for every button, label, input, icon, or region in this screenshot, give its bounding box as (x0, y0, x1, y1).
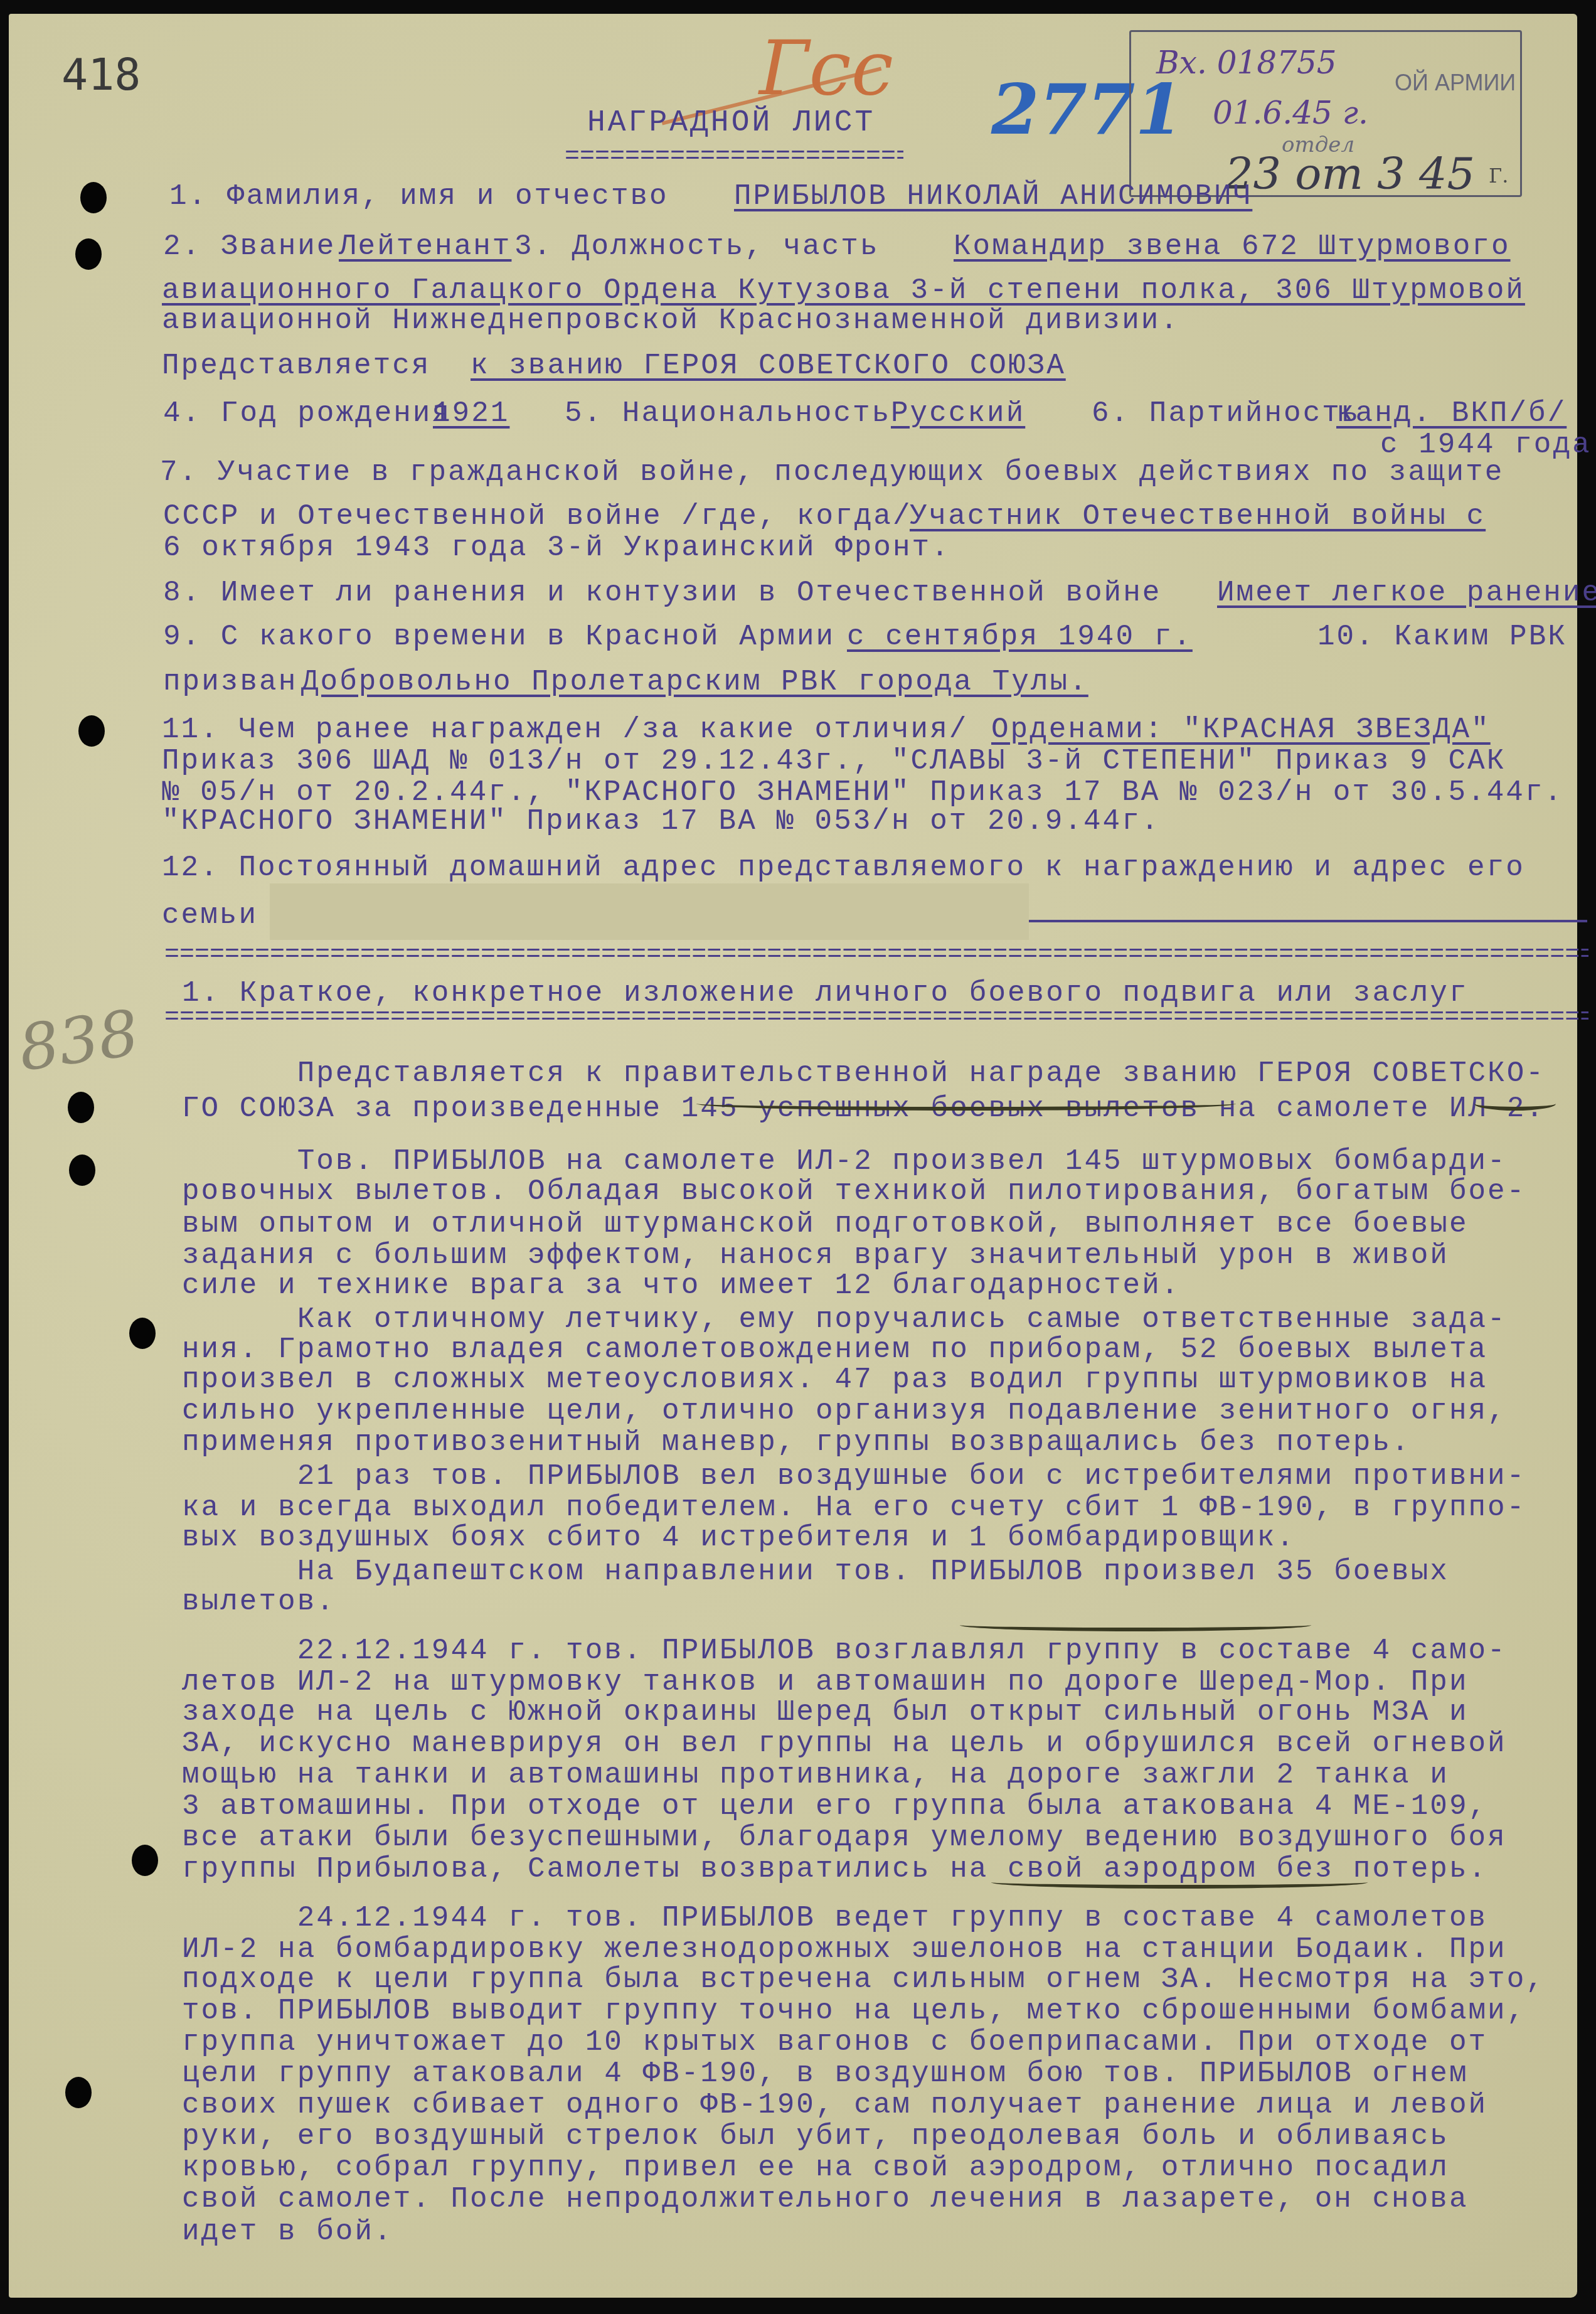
narrative-line: цели группу атаковали 4 ФВ-190, в воздуш… (182, 2059, 1469, 2088)
field-8-value: Имеет легкое ранение (1217, 578, 1596, 607)
field-3-value-line1: Командир звена 672 Штурмового (954, 232, 1511, 261)
narrative-line: вых воздушных боях сбито 4 истребителя и… (182, 1523, 1295, 1552)
field-7-value-line1: Участник Отечественной войны с (910, 502, 1486, 531)
narrative-line: ЗА, искусно маневрируя он вел группы на … (182, 1729, 1507, 1758)
field-8-label: 8. Имеет ли ранения и контузии в Отечест… (163, 578, 1161, 607)
title-underline-equals: ========================== (565, 143, 903, 171)
narrative-line: летов ИЛ-2 на штурмовку танков и автомаш… (182, 1668, 1469, 1697)
punch-hole (78, 715, 105, 747)
stamp-incoming-number: Вх. 018755 (1156, 45, 1337, 81)
field-12-value-line (1029, 920, 1587, 922)
field-4-value: 1921 (433, 399, 509, 428)
field-10-label-cont: призван (163, 668, 297, 696)
narrative-line: сильно укрепленные цели, отлично организ… (182, 1397, 1507, 1426)
section-separator-top: ========================================… (164, 941, 1588, 969)
field-12-label-cont: семьи (162, 901, 258, 930)
field-12-label: 12. Постоянный домашний адрес представля… (162, 853, 1525, 882)
field-9-label: 9. С какого времени в Красной Армии (163, 622, 835, 651)
field-1-label: 1. Фамилия, имя и отчество (169, 182, 669, 211)
field-6-value-cont: с 1944 года. (1380, 430, 1596, 459)
field-3-value-line2: авиационного Галацкого Ордена Кутузова 3… (162, 276, 1525, 305)
punch-hole (132, 1845, 158, 1876)
narrative-line: силе и технике врага за что имеет 12 бла… (182, 1271, 1180, 1300)
field-3-value-line3: авиационной Нижнеднепровской Краснознаме… (162, 306, 1179, 335)
narrative-line: своих пушек сбивает одного ФВ-190, сам п… (182, 2091, 1487, 2119)
narrative-line: ния. Грамотно владея самолетовождением п… (182, 1335, 1487, 1364)
field-11-value-line1: Орденами: "КРАСНАЯ ЗВЕЗДА" (991, 715, 1491, 744)
stamp-corner: Г. (1489, 164, 1508, 188)
pencil-underline (960, 1619, 1311, 1631)
narrative-line: идет в бой. (182, 2217, 393, 2246)
field-5-label: 5. Национальность (565, 399, 891, 428)
field-9-value: с сентября 1940 г. (847, 622, 1193, 651)
pencil-underline (1474, 1097, 1556, 1111)
field-2-value: Лейтенант (339, 232, 511, 261)
field-10-label: 10. Каким РВК (1317, 622, 1567, 651)
punch-hole (129, 1318, 156, 1349)
field-11-value-line4: "КРАСНОГО ЗНАМЕНИ" Приказ 17 ВА № 053/н … (162, 807, 1160, 836)
narrative-line: 24.12.1944 г. тов. ПРИБЫЛОВ ведет группу… (182, 1904, 1487, 1933)
narrative-line: произвел в сложных метеоусловиях. 47 раз… (182, 1365, 1487, 1394)
punch-hole (75, 238, 102, 270)
punch-hole (69, 1154, 95, 1186)
pencil-underline (991, 1876, 1368, 1889)
field-6-label: 6. Партийность (1092, 399, 1360, 428)
narrative-line: Как отличному летчику, ему поручались са… (182, 1305, 1507, 1334)
field-6-value: канд. ВКП/б/ (1336, 399, 1567, 428)
pencil-underline (696, 1097, 1236, 1111)
narrative-line: Представляется к правительственной награ… (182, 1059, 1545, 1088)
archive-page-number: 418 (61, 49, 141, 100)
narrative-line: группа уничтожает до 10 крытых вагонов с… (182, 2028, 1487, 2057)
field-11-value-line3: № 05/н от 20.2.44г., "КРАСНОГО ЗНАМЕНИ" … (162, 778, 1563, 807)
field-1-value: ПРИБЫЛОВ НИКОЛАЙ АНИСИМОВИЧ (734, 182, 1252, 211)
narrative-line: применяя противозенитный маневр, группы … (182, 1428, 1411, 1457)
stamp-number: 23 от 3 45 (1225, 148, 1475, 200)
field-4-label: 4. Год рождения (163, 399, 451, 428)
narrative-line: 21 раз тов. ПРИБЫЛОВ вел воздушные бои с… (182, 1462, 1526, 1491)
narrative-line: мощью на танки и автомашины противника, … (182, 1761, 1449, 1789)
narrative-line: заходе на цель с Южной окраины Шеред был… (182, 1698, 1469, 1727)
narrative-line: Тов. ПРИБЫЛОВ на самолете ИЛ-2 произвел … (182, 1147, 1507, 1176)
field-11-value-line2: Приказ 306 ШАД № 013/н от 29.12.43г., "С… (162, 747, 1506, 776)
narrative-line: подходе к цели группа была встречена сил… (182, 1965, 1545, 1994)
field-7-value-line2: 6 октября 1943 года 3-й Украинский Фронт… (163, 533, 950, 562)
field-11-label: 11. Чем ранее награжден /за какие отличи… (162, 715, 968, 744)
punch-hole (80, 182, 107, 213)
narrative-line: вылетов. (182, 1587, 336, 1616)
narrative-line: На Будапештском направлении тов. ПРИБЫЛО… (182, 1557, 1449, 1586)
document-title: НАГРАДНОЙ ЛИСТ (587, 108, 875, 138)
narrative-line: ИЛ-2 на бомбардировку железнодорожных эш… (182, 1935, 1507, 1964)
registration-stamp: Вх. 018755 ОЙ АРМИИ 01.6.45 г. отдел 23 … (1129, 30, 1522, 197)
narrative-line: 3 автомашины. При отходе от цели его гру… (182, 1792, 1487, 1821)
narrative-line: кровью, собрал группу, привел ее на свой… (182, 2153, 1449, 2182)
field-2-label: 2. Звание (163, 232, 336, 261)
narrative-line: свой самолет. После непродолжительного л… (182, 2185, 1469, 2214)
field-5-value: Русский (891, 399, 1025, 428)
nomination-value: к званию ГЕРОЯ СОВЕТСКОГО СОЮЗА (471, 351, 1066, 380)
narrative-line: тов. ПРИБЫЛОВ выводит группу точно на це… (182, 1997, 1526, 2025)
stamp-header-fragment: ОЙ АРМИИ (1395, 70, 1516, 96)
narrative-line: задания с большим эффектом, нанося врагу… (182, 1241, 1449, 1270)
redacted-address-area (270, 883, 1029, 940)
punch-hole (68, 1092, 94, 1123)
section-separator-bottom: ========================================… (164, 1004, 1588, 1032)
narrative-line: все атаки были безуспешными, благодаря у… (182, 1823, 1507, 1852)
narrative-line: ровочных вылетов. Обладая высокой техник… (182, 1177, 1526, 1206)
field-7-label-line2: СССР и Отечественной войне /где, когда/ (163, 502, 912, 531)
field-7-label-line1: 7. Участие в гражданской войне, последую… (160, 458, 1504, 487)
narrative-line: руки, его воздушный стрелок был убит, пр… (182, 2122, 1449, 2151)
field-10-value: Добровольно Пролетарским РВК города Тулы… (301, 668, 1088, 696)
nomination-label: Представляется (162, 351, 430, 380)
field-3-label: 3. Должность, часть (514, 232, 880, 261)
stamp-date: 01.6.45 г. (1213, 95, 1368, 131)
narrative-line: вым опытом и отличной штурманской подгот… (182, 1210, 1469, 1239)
narrative-line: ка и всегда выходил победителем. На его … (182, 1493, 1526, 1522)
punch-hole (65, 2077, 92, 2108)
narrative-line: 22.12.1944 г. тов. ПРИБЫЛОВ возглавлял г… (182, 1636, 1507, 1665)
